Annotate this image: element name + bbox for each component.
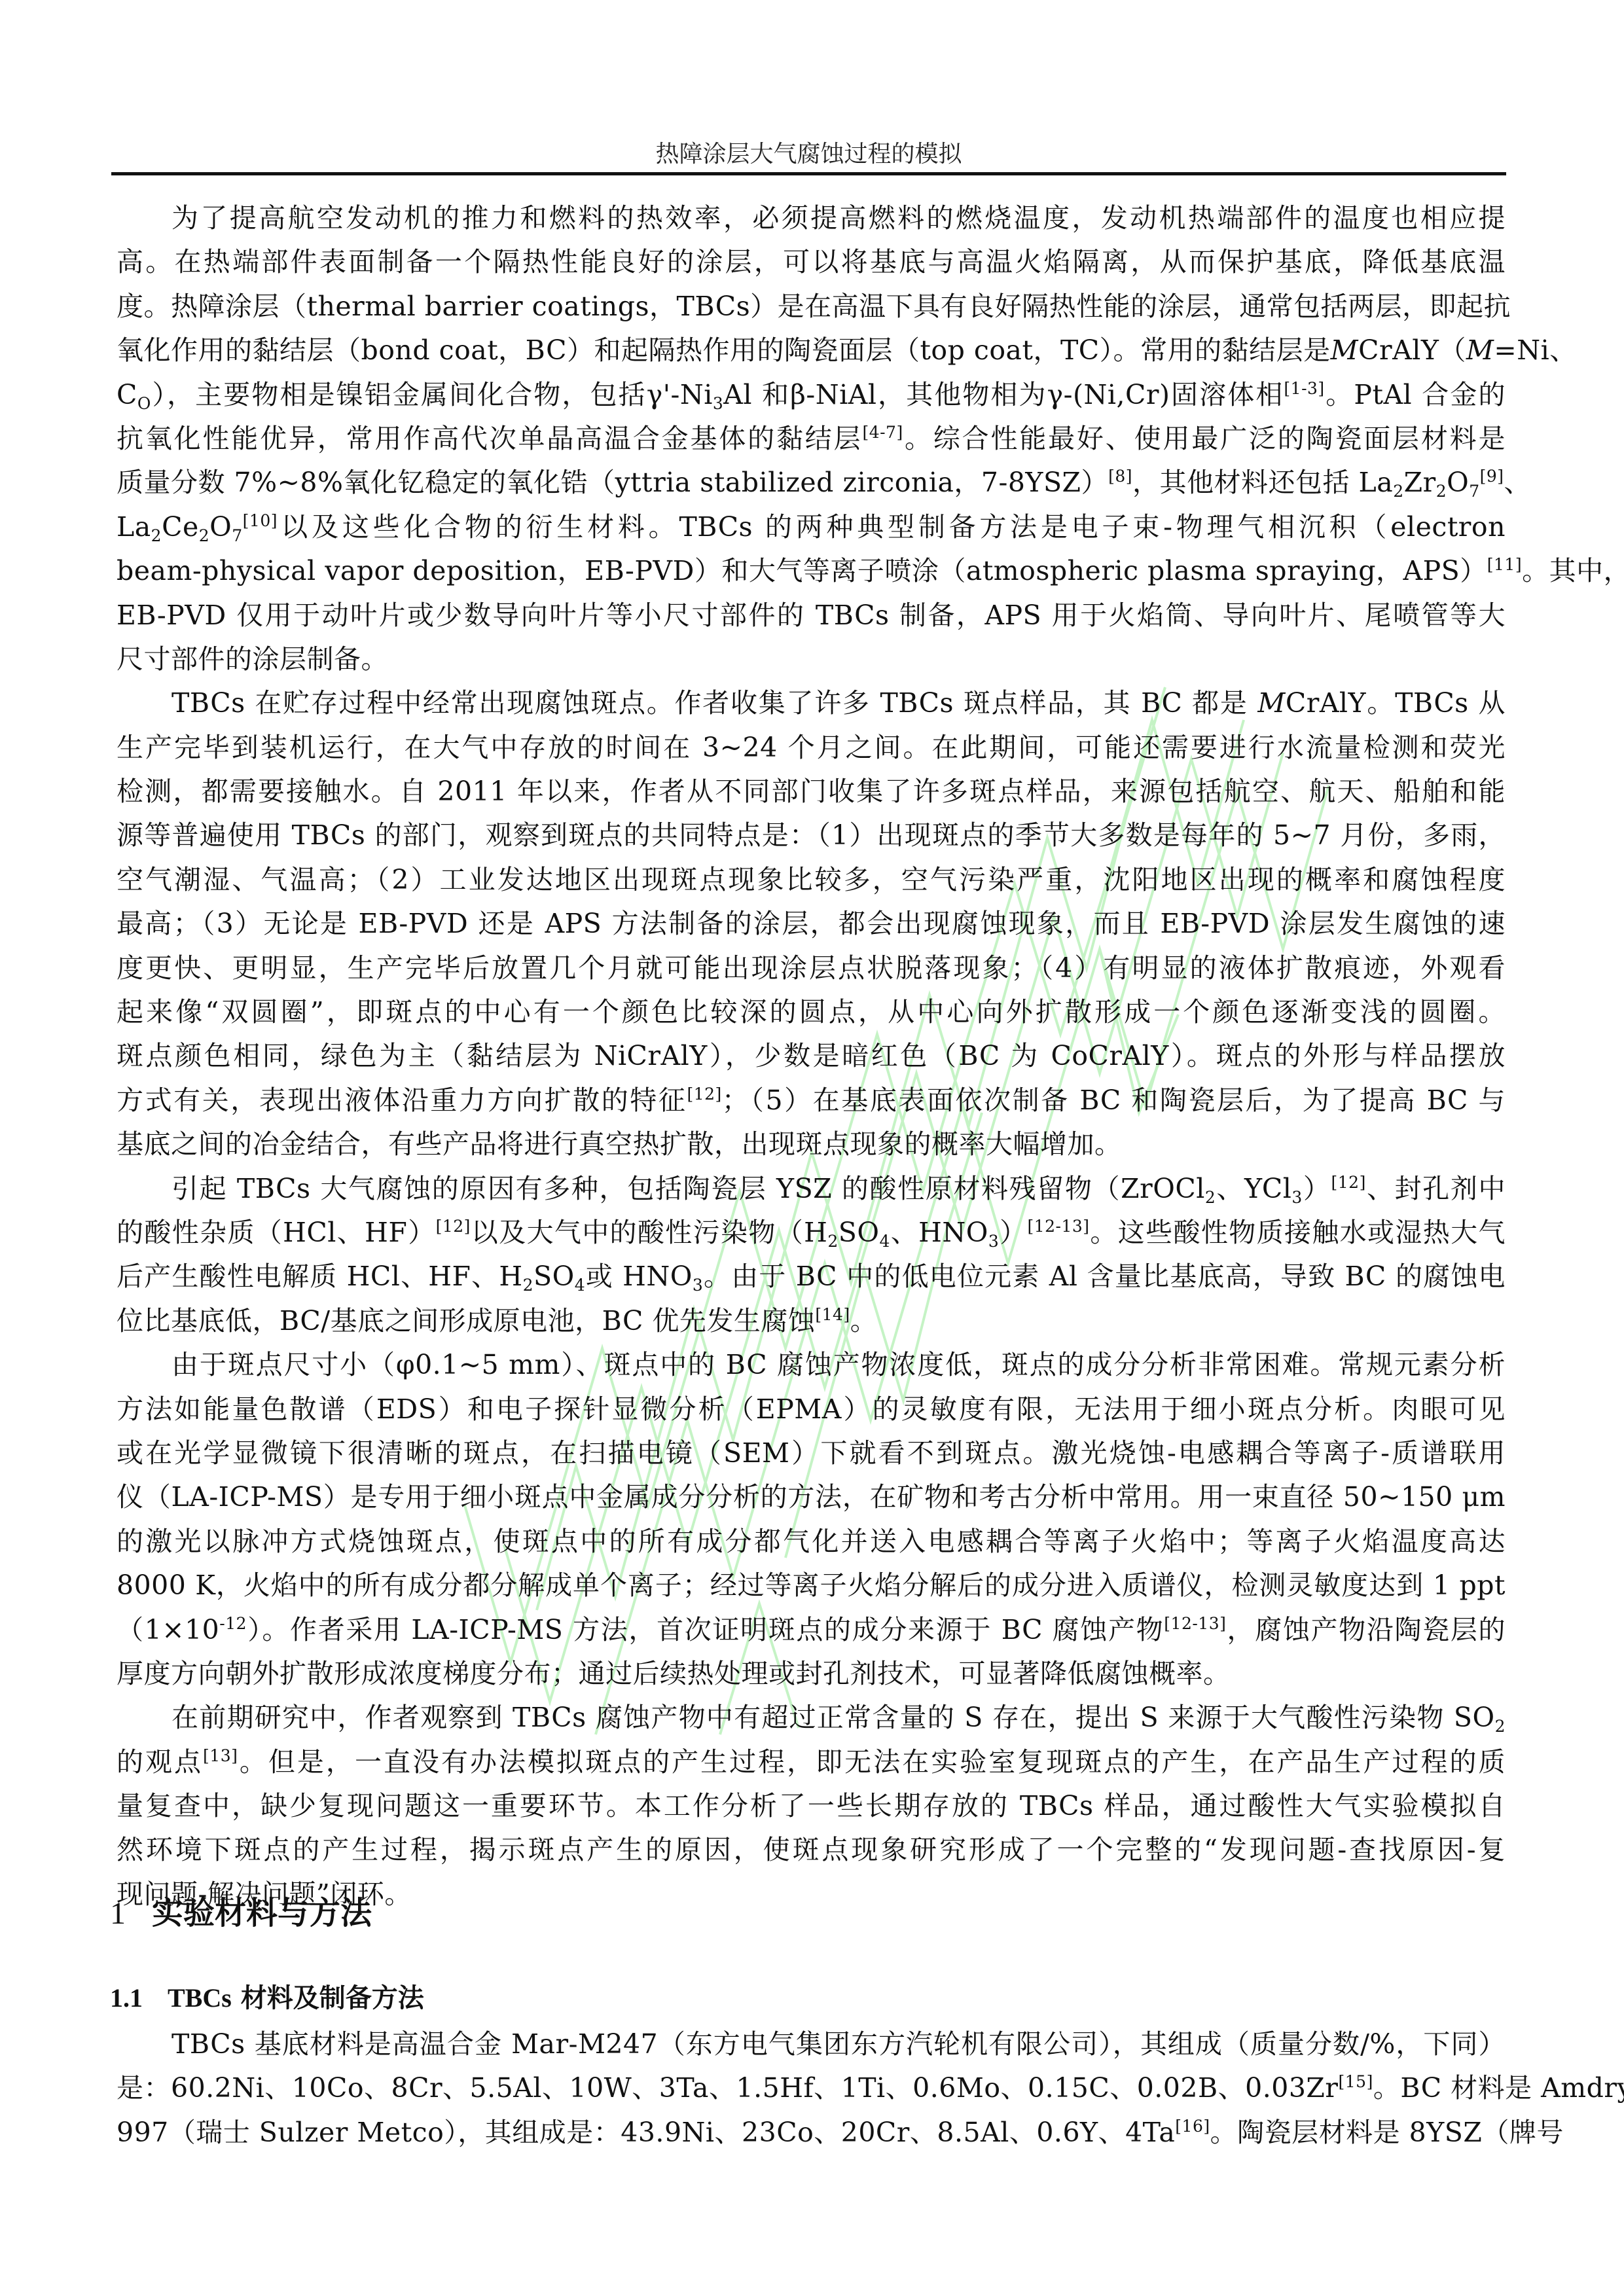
citation-superscript: [11] xyxy=(1487,555,1522,574)
text-run: 生产完毕到装机运行，在大气中存放的时间在 3~24 个月之间。在此期间，可能还需… xyxy=(117,732,1506,763)
text-line: 为了提高航空发动机的推力和燃料的热效率，必须提高燃料的燃烧温度，发动机热端部件的… xyxy=(117,196,1506,240)
text-run: ），主要物相是镍铝金属间化合物，包括γ'-Ni xyxy=(151,379,713,410)
text-run: 、 xyxy=(1504,467,1532,498)
text-run: 度。热障涂层（thermal barrier coatings，TBCs）是在高… xyxy=(117,291,1511,322)
text-run: 度更快、更明显，生产完毕后放置几个月就可能出现涂层点状脱落现象；（4）有明显的液… xyxy=(117,952,1506,984)
text-run: ，腐蚀产物沿陶瓷层的 xyxy=(1226,1614,1506,1645)
text-run: CrAlY。TBCs 从 xyxy=(1286,687,1506,719)
text-run: 斑点颜色相同，绿色为主（黏结层为 NiCrAlY），少数是暗红色（BC 为 Co… xyxy=(117,1040,1506,1071)
subscript: 7 xyxy=(1469,482,1479,501)
text-run: 厚度方向朝外扩散形成浓度梯度分布；通过后续热处理或封孔剂技术，可显著降低腐蚀概率… xyxy=(117,1658,1231,1689)
text-line: 的酸性杂质（HCl、HF）[12]以及大气中的酸性污染物（H2SO4、HNO3）… xyxy=(117,1211,1506,1255)
citation-superscript: [4-7] xyxy=(862,423,903,442)
text-run: 量复查中，缺少复现问题这一重要环节。本工作分析了一些长期存放的 TBCs 样品，… xyxy=(117,1790,1506,1821)
text-run: M xyxy=(1257,687,1285,719)
text-line: 997（瑞士 Sulzer Metco），其组成是：43.9Ni、23Co、20… xyxy=(117,2111,1506,2155)
text-line: 是：60.2Ni、10Co、8Cr、5.5Al、10W、3Ta、1.5Hf、1T… xyxy=(117,2066,1506,2110)
section-heading-1: 1实验材料与方法 xyxy=(110,1893,372,1933)
text-line: 在前期研究中，作者观察到 TBCs 腐蚀产物中有超过正常含量的 S 存在，提出 … xyxy=(117,1696,1506,1740)
subsection-body-text: TBCs 基底材料是高温合金 Mar-M247（东方电气集团东方汽轮机有限公司）… xyxy=(117,2022,1506,2155)
text-run: beam-physical vapor deposition，EB-PVD）和大… xyxy=(117,555,1487,586)
text-line: 量复查中，缺少复现问题这一重要环节。本工作分析了一些长期存放的 TBCs 样品，… xyxy=(117,1784,1506,1828)
text-run: O xyxy=(209,511,232,543)
subscript: 2 xyxy=(151,526,162,545)
text-run: M xyxy=(1466,334,1494,366)
subscript: 4 xyxy=(575,1276,585,1295)
text-run: 高。在热端部件表面制备一个隔热性能良好的涂层，可以将基底与高温火焰隔离，从而保护… xyxy=(117,246,1506,278)
text-line: beam-physical vapor deposition，EB-PVD）和大… xyxy=(117,549,1506,593)
section-title: 实验材料与方法 xyxy=(152,1895,372,1931)
text-run: 在前期研究中，作者观察到 TBCs 腐蚀产物中有超过正常含量的 S 存在，提出 … xyxy=(171,1702,1495,1733)
citation-superscript: -12 xyxy=(219,1614,247,1633)
text-run: 方式有关，表现出液体沿重力方向扩散的特征 xyxy=(117,1085,687,1116)
subscript: 2 xyxy=(827,1232,838,1251)
text-run: 引起 TBCs 大气腐蚀的原因有多种，包括陶瓷层 YSZ 的酸性原材料残留物（Z… xyxy=(171,1173,1205,1204)
text-run: ） xyxy=(1303,1173,1331,1204)
text-run: 。 xyxy=(850,1305,878,1336)
text-line: EB-PVD 仅用于动叶片或少数导向叶片等小尺寸部件的 TBCs 制备，APS … xyxy=(117,594,1506,637)
text-line: 空气潮湿、气温高；（2）工业发达地区出现斑点现象比较多，空气污染严重，沈阳地区出… xyxy=(117,858,1506,902)
subsection-title: 材料及制备方法 xyxy=(232,1983,424,2013)
text-run: 是：60.2Ni、10Co、8Cr、5.5Al、10W、3Ta、1.5Hf、1T… xyxy=(117,2072,1339,2104)
text-run: EB-PVD 仅用于动叶片或少数导向叶片等小尺寸部件的 TBCs 制备，APS … xyxy=(117,600,1506,631)
text-line: 厚度方向朝外扩散形成浓度梯度分布；通过后续热处理或封孔剂技术，可显著降低腐蚀概率… xyxy=(117,1652,1506,1696)
text-line: 起来像“双圆圈”，即斑点的中心有一个颜色比较深的圆点，从中心向外扩散形成一个颜色… xyxy=(117,990,1506,1034)
text-run: 、HNO xyxy=(890,1217,988,1248)
text-run: O xyxy=(1447,467,1469,498)
text-run: 然环境下斑点的产生过程，揭示斑点产生的原因，使斑点现象研究形成了一个完整的“发现… xyxy=(117,1834,1506,1865)
citation-superscript: [12-13] xyxy=(1027,1217,1089,1236)
text-run: ，其他材料还包括 La xyxy=(1132,467,1393,498)
text-line: 生产完毕到装机运行，在大气中存放的时间在 3~24 个月之间。在此期间，可能还需… xyxy=(117,726,1506,770)
text-run: 。陶瓷层材料是 8YSZ（牌号 xyxy=(1210,2117,1564,2148)
text-run: 997（瑞士 Sulzer Metco），其组成是：43.9Ni、23Co、20… xyxy=(117,2117,1175,2148)
text-run: 。但是，一直没有办法模拟斑点的产生过程，即无法在实验室复现斑点的产生，在产品生产… xyxy=(238,1746,1506,1778)
text-run: SO xyxy=(533,1261,575,1292)
text-run: 的观点 xyxy=(117,1746,203,1778)
text-run: 或在光学显微镜下很清晰的斑点，在扫描电镜（SEM）下就看不到斑点。激光烧蚀-电感… xyxy=(117,1437,1506,1469)
text-run: 。BC 材料是 Amdry xyxy=(1373,2072,1624,2104)
text-line: CO），主要物相是镍铝金属间化合物，包括γ'-Ni3Al 和β-NiAl，其他物… xyxy=(117,373,1506,417)
text-run: ） xyxy=(999,1217,1027,1248)
text-run: CrAlY（ xyxy=(1358,334,1466,366)
subsection-heading-1-1: 1.1TBCs 材料及制备方法 xyxy=(110,1981,424,2015)
citation-superscript: [9] xyxy=(1480,467,1504,486)
text-run: SO xyxy=(839,1217,880,1248)
text-run: 。由于 BC 中的低电位元素 Al 含量比基底高，导致 BC 的腐蚀电 xyxy=(703,1261,1506,1292)
text-run: 。综合性能最好、使用最广泛的陶瓷面层材料是 xyxy=(903,423,1506,454)
running-head: 热障涂层大气腐蚀过程的模拟 xyxy=(111,139,1506,170)
text-line: 方法如能量色散谱（EDS）和电子探针显微分析（EPMA）的灵敏度有限，无法用于细… xyxy=(117,1388,1506,1431)
text-line: 高。在热端部件表面制备一个隔热性能良好的涂层，可以将基底与高温火焰隔离，从而保护… xyxy=(117,240,1506,284)
subscript: 4 xyxy=(879,1232,890,1251)
text-run: 源等普遍使用 TBCs 的部门，观察到斑点的共同特点是：（1）出现斑点的季节大多… xyxy=(117,819,1506,851)
text-line: 引起 TBCs 大气腐蚀的原因有多种，包括陶瓷层 YSZ 的酸性原材料残留物（Z… xyxy=(117,1167,1506,1211)
text-line: 的观点[13]。但是，一直没有办法模拟斑点的产生过程，即无法在实验室复现斑点的产… xyxy=(117,1740,1506,1784)
text-run: （1×10 xyxy=(117,1614,219,1645)
subscript: 3 xyxy=(693,1276,703,1295)
citation-superscript: [14] xyxy=(815,1305,850,1324)
text-run: 基底之间的冶金结合，有些产品将进行真空热扩散，出现斑点现象的概率大幅增加。 xyxy=(117,1128,1122,1160)
subscript: 2 xyxy=(523,1276,533,1295)
subscript: 3 xyxy=(988,1232,999,1251)
subscript: 2 xyxy=(199,526,209,545)
text-run: 为了提高航空发动机的推力和燃料的热效率，必须提高燃料的燃烧温度，发动机热端部件的… xyxy=(171,202,1506,234)
subscript: 3 xyxy=(1291,1188,1302,1207)
subscript: 2 xyxy=(1205,1188,1216,1207)
text-line: 后产生酸性电解质 HCl、HF、H2SO4或 HNO3。由于 BC 中的低电位元… xyxy=(117,1255,1506,1299)
text-run: 、YCl xyxy=(1216,1173,1291,1204)
text-run: 。PtAl 合金的 xyxy=(1325,379,1506,410)
text-line: 抗氧化性能优异，常用作高代次单晶高温合金基体的黏结层[4-7]。综合性能最好、使… xyxy=(117,417,1506,461)
text-run: Al 和β-NiAl，其他物相为γ-(Ni,Cr)固溶体相 xyxy=(723,379,1284,410)
text-run: 方法如能量色散谱（EDS）和电子探针显微分析（EPMA）的灵敏度有限，无法用于细… xyxy=(117,1393,1506,1425)
text-line: 基底之间的冶金结合，有些产品将进行真空热扩散，出现斑点现象的概率大幅增加。 xyxy=(117,1122,1506,1166)
text-run: 的激光以脉冲方式烧蚀斑点，使斑点中的所有成分都气化并送入电感耦合等离子火焰中；等… xyxy=(117,1526,1506,1557)
text-line: 8000 K，火焰中的所有成分都分解成单个离子；经过等离子火焰分解后的成分进入质… xyxy=(117,1564,1506,1607)
text-run: 以及大气中的酸性污染物（H xyxy=(471,1217,827,1248)
subscript: 7 xyxy=(232,526,242,545)
text-run: 或 HNO xyxy=(585,1261,693,1292)
text-run: 。其中， xyxy=(1522,555,1624,586)
text-line: 或在光学显微镜下很清晰的斑点，在扫描电镜（SEM）下就看不到斑点。激光烧蚀-电感… xyxy=(117,1431,1506,1475)
text-run: 仪（LA-ICP-MS）是专用于细小斑点中金属成分分析的方法，在矿物和考古分析中… xyxy=(117,1481,1506,1513)
text-run: 氧化作用的黏结层（bond coat，BC）和起隔热作用的陶瓷面层（top co… xyxy=(117,334,1331,366)
citation-superscript: [13] xyxy=(203,1746,238,1765)
citation-superscript: [12] xyxy=(687,1085,721,1103)
text-run: 由于斑点尺寸小（φ0.1~5 mm）、斑点中的 BC 腐蚀产物浓度低，斑点的成分… xyxy=(171,1349,1506,1380)
text-run: 以及这些化合物的衍生材料。TBCs 的两种典型制备方法是电子束-物理气相沉积（e… xyxy=(278,511,1506,543)
citation-superscript: [8] xyxy=(1108,467,1132,486)
subscript: 2 xyxy=(1436,482,1447,501)
text-run: 质量分数 7%~8%氧化钇稳定的氧化锆（yttria stabilized zi… xyxy=(117,467,1108,498)
text-line: 度更快、更明显，生产完毕后放置几个月就可能出现涂层点状脱落现象；（4）有明显的液… xyxy=(117,946,1506,990)
text-line: La2Ce2O7[10]以及这些化合物的衍生材料。TBCs 的两种典型制备方法是… xyxy=(117,505,1506,549)
text-line: TBCs 基底材料是高温合金 Mar-M247（东方电气集团东方汽轮机有限公司）… xyxy=(117,2022,1506,2066)
text-run: C xyxy=(117,379,137,410)
citation-superscript: [10] xyxy=(243,511,278,530)
subscript: O xyxy=(137,394,151,413)
text-line: （1×10-12）。作者采用 LA-ICP-MS 方法，首次证明斑点的成分来源于… xyxy=(117,1608,1506,1652)
body-text: 为了提高航空发动机的推力和燃料的热效率，必须提高燃料的燃烧温度，发动机热端部件的… xyxy=(117,196,1506,1916)
text-line: 氧化作用的黏结层（bond coat，BC）和起隔热作用的陶瓷面层（top co… xyxy=(117,329,1506,372)
section-number: 1 xyxy=(110,1896,126,1931)
text-run: 位比基底低，BC/基底之间形成原电池，BC 优先发生腐蚀 xyxy=(117,1305,815,1336)
text-run: 。这些酸性物质接触水或湿热大气 xyxy=(1090,1217,1506,1248)
text-run: ；（5）在基底表面依次制备 BC 和陶瓷层后，为了提高 BC 与 xyxy=(722,1085,1506,1116)
subscript: 3 xyxy=(713,394,723,413)
text-run: M xyxy=(1331,334,1358,366)
text-run: ）。作者采用 LA-ICP-MS 方法，首次证明斑点的成分来源于 BC 腐蚀产物 xyxy=(247,1614,1164,1645)
text-line: 最高；（3）无论是 EB-PVD 还是 APS 方法制备的涂层，都会出现腐蚀现象… xyxy=(117,902,1506,946)
text-run: 的酸性杂质（HCl、HF） xyxy=(117,1217,436,1248)
text-run: 尺寸部件的涂层制备。 xyxy=(117,643,388,675)
text-line: 质量分数 7%~8%氧化钇稳定的氧化锆（yttria stabilized zi… xyxy=(117,461,1506,505)
text-line: 然环境下斑点的产生过程，揭示斑点产生的原因，使斑点现象研究形成了一个完整的“发现… xyxy=(117,1828,1506,1872)
text-line: 的激光以脉冲方式烧蚀斑点，使斑点中的所有成分都气化并送入电感耦合等离子火焰中；等… xyxy=(117,1520,1506,1564)
text-run: La xyxy=(117,511,151,543)
subsection-number: 1.1 xyxy=(110,1983,143,2013)
citation-superscript: [12] xyxy=(1331,1173,1366,1192)
header-rule xyxy=(111,172,1506,175)
citation-superscript: [12] xyxy=(436,1217,471,1236)
subscript: 2 xyxy=(1393,482,1403,501)
citation-superscript: [1-3] xyxy=(1284,379,1324,398)
text-run: 、封孔剂中 xyxy=(1366,1173,1506,1204)
text-run: Zr xyxy=(1404,467,1436,498)
citation-superscript: [15] xyxy=(1339,2072,1373,2091)
text-run: TBCs 在贮存过程中经常出现腐蚀斑点。作者收集了许多 TBCs 斑点样品，其 … xyxy=(171,687,1257,719)
text-line: 由于斑点尺寸小（φ0.1~5 mm）、斑点中的 BC 腐蚀产物浓度低，斑点的成分… xyxy=(117,1343,1506,1387)
text-line: 斑点颜色相同，绿色为主（黏结层为 NiCrAlY），少数是暗红色（BC 为 Co… xyxy=(117,1034,1506,1078)
text-line: TBCs 在贮存过程中经常出现腐蚀斑点。作者收集了许多 TBCs 斑点样品，其 … xyxy=(117,681,1506,725)
text-line: 位比基底低，BC/基底之间形成原电池，BC 优先发生腐蚀[14]。 xyxy=(117,1299,1506,1343)
text-run: =Ni、 xyxy=(1494,334,1576,366)
subsection-title-latin: TBCs xyxy=(168,1983,232,2013)
citation-superscript: [16] xyxy=(1175,2117,1210,2136)
text-line: 度。热障涂层（thermal barrier coatings，TBCs）是在高… xyxy=(117,285,1506,329)
text-line: 方式有关，表现出液体沿重力方向扩散的特征[12]；（5）在基底表面依次制备 BC… xyxy=(117,1079,1506,1122)
text-line: 仪（LA-ICP-MS）是专用于细小斑点中金属成分分析的方法，在矿物和考古分析中… xyxy=(117,1475,1506,1519)
text-run: 后产生酸性电解质 HCl、HF、H xyxy=(117,1261,523,1292)
subscript: 2 xyxy=(1495,1717,1506,1736)
text-run: 8000 K，火焰中的所有成分都分解成单个离子；经过等离子火焰分解后的成分进入质… xyxy=(117,1570,1506,1601)
text-run: 空气潮湿、气温高；（2）工业发达地区出现斑点现象比较多，空气污染严重，沈阳地区出… xyxy=(117,864,1506,895)
text-run: 检测，都需要接触水。自 2011 年以来，作者从不同部门收集了许多斑点样品，来源… xyxy=(117,776,1506,807)
text-run: Ce xyxy=(162,511,199,543)
text-run: TBCs 基底材料是高温合金 Mar-M247（东方电气集团东方汽轮机有限公司）… xyxy=(171,2028,1506,2060)
citation-superscript: [12-13] xyxy=(1164,1614,1226,1633)
text-run: 抗氧化性能优异，常用作高代次单晶高温合金基体的黏结层 xyxy=(117,423,862,454)
text-line: 检测，都需要接触水。自 2011 年以来，作者从不同部门收集了许多斑点样品，来源… xyxy=(117,770,1506,814)
text-line: 尺寸部件的涂层制备。 xyxy=(117,637,1506,681)
text-run: 起来像“双圆圈”，即斑点的中心有一个颜色比较深的圆点，从中心向外扩散形成一个颜色… xyxy=(117,996,1506,1028)
text-run: 最高；（3）无论是 EB-PVD 还是 APS 方法制备的涂层，都会出现腐蚀现象… xyxy=(117,908,1506,939)
text-line: 源等普遍使用 TBCs 的部门，观察到斑点的共同特点是：（1）出现斑点的季节大多… xyxy=(117,814,1506,857)
